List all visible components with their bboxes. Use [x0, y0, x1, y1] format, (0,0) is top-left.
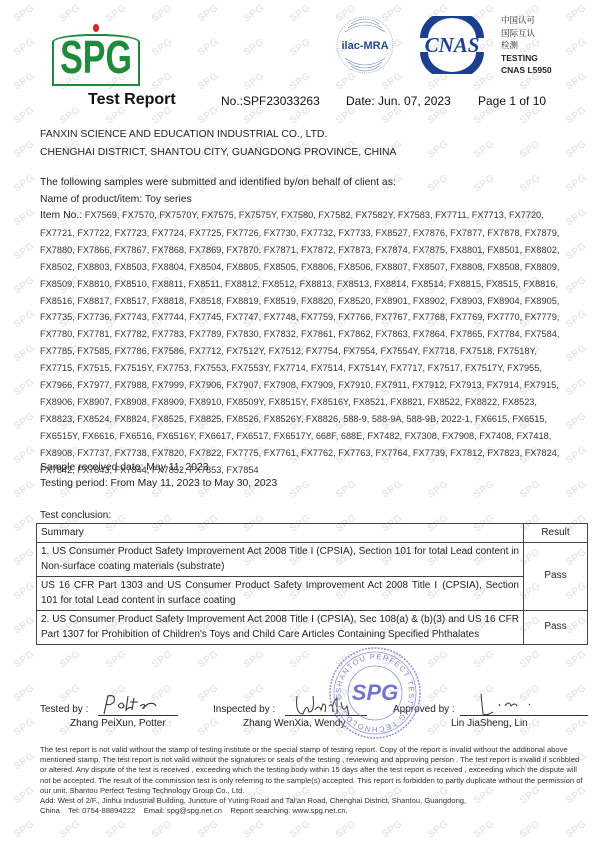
- item-number-line: FX7880, FX7866, FX7867, FX7868, FX7869, …: [40, 242, 588, 259]
- testing-period: Testing period: From May 11, 2023 to May…: [40, 476, 277, 492]
- item-number-line: FX7735, FX7736, FX7743, FX7744, FX7745, …: [40, 309, 588, 326]
- page-indicator: Page 1 of 10: [478, 94, 546, 108]
- stamp-center-text: SPG: [352, 680, 398, 705]
- accreditation-line: 检测: [501, 39, 552, 52]
- sample-received-date: Sample received date: May 11, 2023: [40, 460, 277, 476]
- tested-by-name: Zhang PeiXun, Potter: [70, 718, 166, 729]
- report-title: Test Report: [88, 91, 176, 109]
- item-number-line: FX8502, FX8803, FX8503, FX8804, FX8504, …: [40, 259, 588, 276]
- item-number-line: FX8509, FX8810, FX8510, FX8811, FX8511, …: [40, 276, 588, 293]
- client-name: FANXIN SCIENCE AND EDUCATION INDUSTRIAL …: [40, 126, 396, 144]
- summary-cell: 1. US Consumer Product Safety Improvemen…: [37, 542, 524, 576]
- result-header: Result: [524, 524, 588, 543]
- lab-address: Add: West of 2/F., Jinhui Industrial Bui…: [40, 796, 588, 806]
- approved-by-name: Lin JiaSheng, Lin: [451, 718, 528, 729]
- item-number-line: FX8516, FX8817, FX8517, FX8818, FX8518, …: [40, 293, 588, 310]
- item-number-values: FX7880, FX7866, FX7867, FX7868, FX7869, …: [40, 245, 559, 255]
- report-date: Date: Jun. 07, 2023: [346, 94, 451, 108]
- test-report-page: SPG ilac-MRA CNAS 中国认可 国际互认 检测 TESTING C…: [0, 0, 600, 849]
- item-number-values: FX7966, FX7977, FX7988, FX7999, FX7906, …: [40, 380, 559, 390]
- accreditation-line: CNAS L5950: [501, 64, 552, 77]
- sample-intro-text: The following samples were submitted and…: [40, 174, 396, 191]
- accreditation-line: 中国认可: [501, 14, 552, 27]
- accreditation-line: 国际互认: [501, 27, 552, 40]
- svg-text:CNAS: CNAS: [425, 33, 480, 57]
- item-number-values: FX8509, FX8810, FX8510, FX8811, FX8511, …: [40, 279, 558, 289]
- table-header-row: Summary Result: [37, 524, 588, 543]
- client-address: CHENGHAI DISTRICT, SHANTOU CITY, GUANGDO…: [40, 144, 396, 162]
- item-number-values: FX7569, FX7570, FX7570Y, FX7575, FX7575Y…: [85, 210, 544, 220]
- item-number-line: FX8906, FX8907, FX8908, FX8909, FX8910, …: [40, 394, 588, 411]
- table-row: 1. US Consumer Product Safety Improvemen…: [37, 542, 588, 576]
- item-numbers: Item No.: FX7569, FX7570, FX7570Y, FX757…: [40, 207, 588, 479]
- spg-logo-text: SPG: [52, 38, 140, 79]
- table-row: US 16 CFR Part 1303 and US Consumer Prod…: [37, 576, 588, 610]
- item-number-values: FX8906, FX8907, FX8908, FX8909, FX8910, …: [40, 397, 537, 407]
- item-number-values: FX7721, FX7722, FX7723, FX7724, FX7725, …: [40, 228, 559, 238]
- item-number-line: FX7780, FX7781, FX7782, FX7783, FX7789, …: [40, 326, 588, 343]
- item-number-line: FX7721, FX7722, FX7723, FX7724, FX7725, …: [40, 225, 588, 242]
- accreditation-text: 中国认可 国际互认 检测 TESTING CNAS L5950: [501, 14, 552, 77]
- disclaimer-text: The test report is not valid without the…: [40, 745, 588, 796]
- item-number-values: FX7780, FX7781, FX7782, FX7783, FX7789, …: [40, 329, 559, 339]
- client-info: FANXIN SCIENCE AND EDUCATION INDUSTRIAL …: [40, 126, 396, 162]
- item-number-values: FX8823, FX8524, FX8824, FX8525, FX8825, …: [40, 414, 547, 424]
- spg-logo-red-dot: [93, 24, 99, 32]
- item-number-values: FX7715, FX7515, FX7515Y, FX7753, FX7553,…: [40, 363, 542, 373]
- item-number-line: Item No.: FX7569, FX7570, FX7570Y, FX757…: [40, 207, 588, 225]
- sample-dates: Sample received date: May 11, 2023 Testi…: [40, 460, 277, 491]
- item-number-line: FX7966, FX7977, FX7988, FX7999, FX7906, …: [40, 377, 588, 394]
- item-number-line: FX6515Y, FX6616, FX6516, FX6516Y, FX6617…: [40, 428, 588, 445]
- item-number-values: FX8502, FX8803, FX8503, FX8804, FX8504, …: [40, 262, 559, 272]
- report-number: No.:SPF23033263: [221, 94, 320, 108]
- item-number-line: FX7715, FX7515, FX7515Y, FX7753, FX7553,…: [40, 360, 588, 377]
- item-number-values: FX7785, FX7585, FX7786, FX7586, FX7712, …: [40, 346, 537, 356]
- signature-line: [98, 715, 178, 716]
- item-number-values: FX7735, FX7736, FX7743, FX7744, FX7745, …: [40, 312, 559, 322]
- signature-line: [460, 715, 588, 716]
- spg-logo: SPG: [52, 24, 140, 86]
- conclusion-table: Summary Result 1. US Consumer Product Sa…: [36, 523, 588, 645]
- tested-signature-icon: [100, 692, 160, 716]
- ilac-text: ilac-MRA: [341, 40, 388, 52]
- table-row: 2. US Consumer Product Safety Improvemen…: [37, 610, 588, 644]
- product-name: Name of product/item: Toy series: [40, 191, 396, 208]
- ilac-mra-logo: ilac-MRA: [335, 14, 395, 76]
- inspected-by-label: Inspected by :: [213, 704, 275, 715]
- item-number-line: FX7785, FX7585, FX7786, FX7586, FX7712, …: [40, 343, 588, 360]
- sample-intro: The following samples were submitted and…: [40, 174, 396, 208]
- item-number-line: FX8823, FX8524, FX8824, FX8525, FX8825, …: [40, 411, 588, 428]
- report-header-row: Test Report No.:SPF23033263 Date: Jun. 0…: [0, 90, 600, 112]
- result-cell: Pass: [524, 610, 588, 644]
- lab-contact: China Tel: 0754-88894222 Email: spg@spg.…: [40, 806, 588, 816]
- official-stamp: SHANTOU PERFECT TESTING TECHNOLOGY GROUP…: [327, 645, 423, 741]
- item-number-values: FX8908, FX7737, FX7738, FX7820, FX7822, …: [40, 448, 559, 458]
- test-conclusion-label: Test conclusion:: [40, 510, 111, 521]
- item-number-values: FX8516, FX8817, FX8517, FX8818, FX8518, …: [40, 296, 559, 306]
- summary-cell: US 16 CFR Part 1303 and US Consumer Prod…: [37, 576, 524, 610]
- item-number-values: FX6515Y, FX6616, FX6516, FX6516Y, FX6617…: [40, 431, 551, 441]
- cnas-logo: CNAS: [414, 16, 490, 74]
- item-number-label: Item No.:: [40, 210, 82, 221]
- summary-header: Summary: [37, 524, 524, 543]
- accreditation-line: TESTING: [501, 52, 552, 65]
- result-cell: Pass: [524, 542, 588, 610]
- summary-cell: 2. US Consumer Product Safety Improvemen…: [37, 610, 524, 644]
- tested-by-label: Tested by :: [40, 704, 88, 715]
- disclaimer: The test report is not valid without the…: [40, 745, 588, 816]
